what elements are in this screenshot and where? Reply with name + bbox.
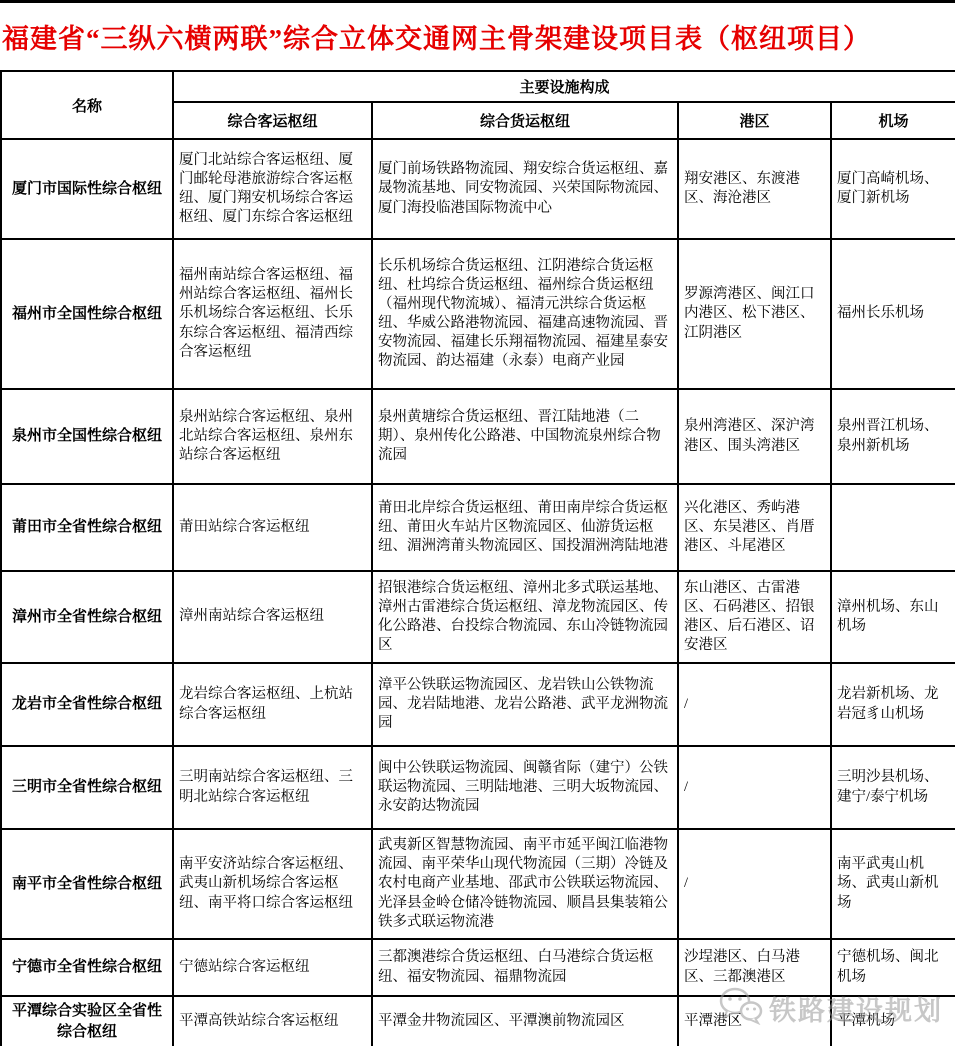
row-airports: 平潭机场 (831, 996, 955, 1046)
row-airports: 泉州晋江机场、泉州新机场 (831, 389, 955, 484)
header-freight-hub: 综合货运枢纽 (372, 102, 678, 139)
row-airports: 南平武夷山机场、武夷山新机场 (831, 829, 955, 939)
row-ports: 平潭港区 (678, 996, 831, 1046)
row-ports: / (678, 663, 831, 746)
row-freight: 三都澳港综合货运枢纽、白马港综合货运枢纽、福安物流园、福鼎物流园 (372, 939, 678, 996)
row-freight: 闽中公铁联运物流园、闽赣省际（建宁）公铁联运物流园、三明陆地港、三明大坂物流园、… (372, 746, 678, 829)
row-ports: 翔安港区、东渡港区、海沧港区 (678, 139, 831, 239)
row-airports: 三明沙县机场、建宁/泰宁机场 (831, 746, 955, 829)
table-row: 福州市全国性综合枢纽 福州南站综合客运枢纽、福州站综合客运枢纽、福州长乐机场综合… (1, 239, 955, 389)
row-passenger: 宁德站综合客运枢纽 (173, 939, 372, 996)
header-port-area: 港区 (678, 102, 831, 139)
row-passenger: 三明南站综合客运枢纽、三明北站综合客运枢纽 (173, 746, 372, 829)
page-title: 福建省“三纵六横两联”综合立体交通网主骨架建设项目表（枢纽项目） (0, 3, 955, 70)
table-row: 泉州市全国性综合枢纽 泉州站综合客运枢纽、泉州北站综合客运枢纽、泉州东站综合客运… (1, 389, 955, 484)
row-passenger: 漳州南站综合客运枢纽 (173, 571, 372, 663)
row-passenger: 厦门北站综合客运枢纽、厦门邮轮母港旅游综合客运枢纽、厦门翔安机场综合客运枢纽、厦… (173, 139, 372, 239)
row-ports: 罗源湾港区、闽江口内港区、松下港区、江阴港区 (678, 239, 831, 389)
hub-projects-table: 名称 主要设施构成 综合客运枢纽 综合货运枢纽 港区 机场 厦门市国际性综合枢纽… (0, 70, 955, 1046)
row-freight: 平潭金井物流园区、平潭澳前物流园区 (372, 996, 678, 1046)
row-airports: 漳州机场、东山机场 (831, 571, 955, 663)
row-name: 宁德市全省性综合枢纽 (1, 939, 173, 996)
row-freight: 长乐机场综合货运枢纽、江阴港综合货运枢纽、杜坞综合货运枢纽、福州综合货运枢纽（福… (372, 239, 678, 389)
row-name: 三明市全省性综合枢纽 (1, 746, 173, 829)
row-ports: 东山港区、古雷港区、石码港区、招银港区、后石港区、诏安港区 (678, 571, 831, 663)
table-row: 漳州市全省性综合枢纽 漳州南站综合客运枢纽 招银港综合货运枢纽、漳州北多式联运基… (1, 571, 955, 663)
header-name: 名称 (1, 71, 173, 139)
table-row: 龙岩市全省性综合枢纽 龙岩综合客运枢纽、上杭站综合客运枢纽 漳平公铁联运物流园区… (1, 663, 955, 746)
row-name: 平潭综合实验区全省性综合枢纽 (1, 996, 173, 1046)
table-row: 南平市全省性综合枢纽 南平安济站综合客运枢纽、武夷山新机场综合客运枢纽、南平将口… (1, 829, 955, 939)
row-name: 福州市全国性综合枢纽 (1, 239, 173, 389)
row-name: 漳州市全省性综合枢纽 (1, 571, 173, 663)
row-passenger: 龙岩综合客运枢纽、上杭站综合客运枢纽 (173, 663, 372, 746)
table-row: 三明市全省性综合枢纽 三明南站综合客运枢纽、三明北站综合客运枢纽 闽中公铁联运物… (1, 746, 955, 829)
row-freight: 招银港综合货运枢纽、漳州北多式联运基地、漳州古雷港综合货运枢纽、漳龙物流园区、传… (372, 571, 678, 663)
row-passenger: 平潭高铁站综合客运枢纽 (173, 996, 372, 1046)
row-freight: 莆田北岸综合货运枢纽、莆田南岸综合货运枢纽、莆田火车站片区物流园区、仙游货运枢纽… (372, 484, 678, 571)
row-name: 泉州市全国性综合枢纽 (1, 389, 173, 484)
row-ports: 泉州湾港区、深沪湾港区、围头湾港区 (678, 389, 831, 484)
row-name: 莆田市全省性综合枢纽 (1, 484, 173, 571)
table-row: 厦门市国际性综合枢纽 厦门北站综合客运枢纽、厦门邮轮母港旅游综合客运枢纽、厦门翔… (1, 139, 955, 239)
header-airport: 机场 (831, 102, 955, 139)
row-ports: / (678, 746, 831, 829)
row-ports: 兴化港区、秀屿港区、东吴港区、肖厝港区、斗尾港区 (678, 484, 831, 571)
row-passenger: 泉州站综合客运枢纽、泉州北站综合客运枢纽、泉州东站综合客运枢纽 (173, 389, 372, 484)
row-freight: 泉州黄塘综合货运枢纽、晋江陆地港（二期）、泉州传化公路港、中国物流泉州综合物流园 (372, 389, 678, 484)
row-name: 厦门市国际性综合枢纽 (1, 139, 173, 239)
row-passenger: 南平安济站综合客运枢纽、武夷山新机场综合客运枢纽、南平将口综合客运枢纽 (173, 829, 372, 939)
row-passenger: 福州南站综合客运枢纽、福州站综合客运枢纽、福州长乐机场综合客运枢纽、长乐东综合客… (173, 239, 372, 389)
header-facilities-group: 主要设施构成 (173, 71, 955, 102)
row-ports: 沙埕港区、白马港区、三都澳港区 (678, 939, 831, 996)
document-page: 福建省“三纵六横两联”综合立体交通网主骨架建设项目表（枢纽项目） 名称 主要设施… (0, 0, 955, 1046)
row-name: 南平市全省性综合枢纽 (1, 829, 173, 939)
row-airports: 龙岩新机场、龙岩冠豸山机场 (831, 663, 955, 746)
row-freight: 武夷新区智慧物流园、南平市延平闽江临港物流园、南平荣华山现代物流园（三期）冷链及… (372, 829, 678, 939)
row-name: 龙岩市全省性综合枢纽 (1, 663, 173, 746)
row-airports: 宁德机场、闽北机场 (831, 939, 955, 996)
table-row: 平潭综合实验区全省性综合枢纽 平潭高铁站综合客运枢纽 平潭金井物流园区、平潭澳前… (1, 996, 955, 1046)
table-row: 莆田市全省性综合枢纽 莆田站综合客运枢纽 莆田北岸综合货运枢纽、莆田南岸综合货运… (1, 484, 955, 571)
row-freight: 漳平公铁联运物流园区、龙岩铁山公铁物流园、龙岩陆地港、龙岩公路港、武平龙洲物流园 (372, 663, 678, 746)
table-row: 宁德市全省性综合枢纽 宁德站综合客运枢纽 三都澳港综合货运枢纽、白马港综合货运枢… (1, 939, 955, 996)
row-passenger: 莆田站综合客运枢纽 (173, 484, 372, 571)
row-airports (831, 484, 955, 571)
row-freight: 厦门前场铁路物流园、翔安综合货运枢纽、嘉晟物流基地、同安物流园、兴荣国际物流园、… (372, 139, 678, 239)
row-airports: 福州长乐机场 (831, 239, 955, 389)
header-passenger-hub: 综合客运枢纽 (173, 102, 372, 139)
row-ports: / (678, 829, 831, 939)
row-airports: 厦门高崎机场、厦门新机场 (831, 139, 955, 239)
